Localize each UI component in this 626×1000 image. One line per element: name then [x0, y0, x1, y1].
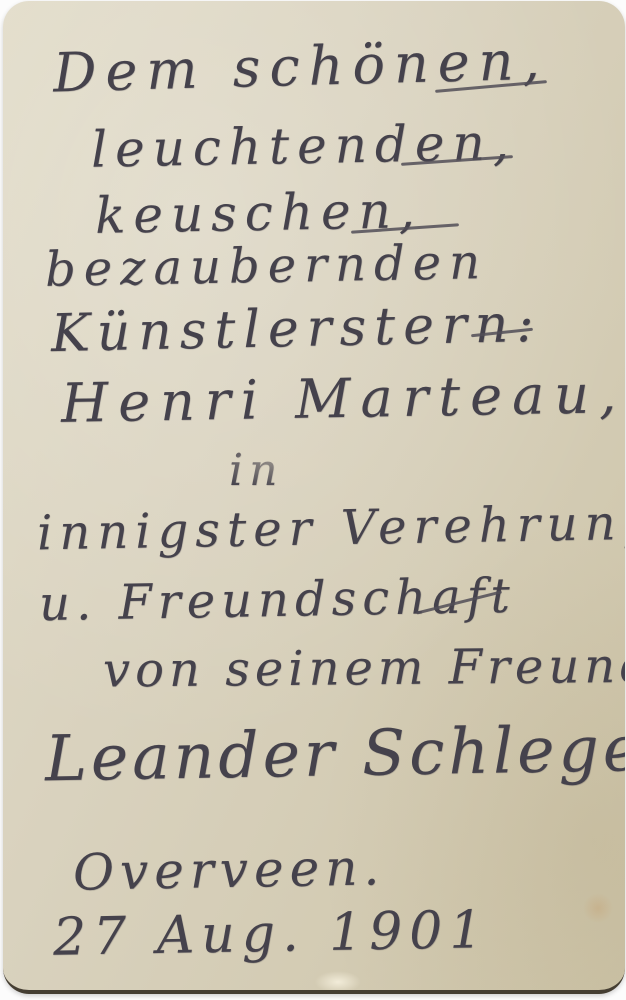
handwritten-line-dedication-2: leuchtenden, [91, 113, 518, 178]
paper-chip-mark [315, 971, 361, 993]
handwritten-place: Overveen. [73, 838, 386, 901]
handwritten-line-dedication-1: Dem schönen, [52, 29, 549, 105]
handwritten-line-dedicatee: Henri Marteau, [60, 362, 625, 435]
handwritten-line-verehrung: innigster Verehrung [37, 495, 625, 562]
paper-stain-spot [583, 893, 613, 923]
photo-card-back: Dem schönen, leuchtenden, keuschen, beza… [3, 1, 625, 994]
handwritten-line-von-seinem: von seinem Freunde [103, 637, 625, 698]
handwritten-date: 27 Aug. 1901 [53, 900, 490, 968]
handwritten-signature: Leander Schlegel [44, 712, 625, 796]
handwritten-line-dedication-4: bezaubernden [45, 234, 489, 298]
paper-light-patch [203, 431, 343, 491]
handwritten-line-dedication-5: Künstlerstern: [50, 294, 542, 364]
handwritten-line-freundschaft: u. Freundschaft [39, 568, 517, 632]
scan-background: Dem schönen, leuchtenden, keuschen, beza… [0, 0, 626, 1000]
